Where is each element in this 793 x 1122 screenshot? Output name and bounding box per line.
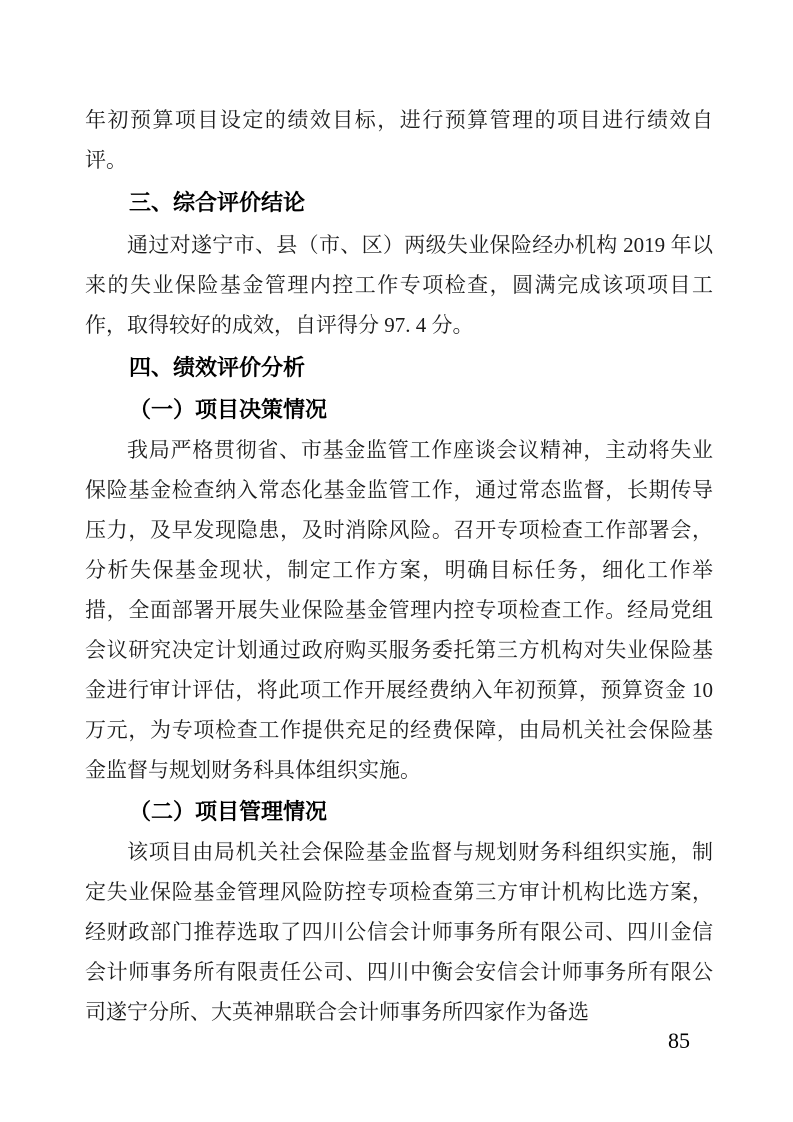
subsection-heading-project-management: （二）项目管理情况	[85, 792, 713, 832]
paragraph-project-decision: 我局严格贯彻省、市基金监管工作座谈会议精神，主动将失业保险基金检查纳入常态化基金…	[85, 430, 713, 790]
page-number: 85	[655, 1028, 703, 1054]
section-heading-overall-evaluation-conclusion: 三、综合评价结论	[85, 183, 713, 223]
section-heading-performance-evaluation-analysis: 四、绩效评价分析	[85, 348, 713, 388]
document-body: 年初预算项目设定的绩效目标，进行预算管理的项目进行绩效自评。 三、综合评价结论 …	[85, 100, 713, 1032]
subsection-heading-project-decision: （一）项目决策情况	[85, 390, 713, 430]
paragraph-project-management: 该项目由局机关社会保险基金监督与规划财务科组织实施，制定失业保险基金管理风险防控…	[85, 832, 713, 1032]
paragraph-continuation-from-previous-page: 年初预算项目设定的绩效目标，进行预算管理的项目进行绩效自评。	[85, 100, 713, 180]
document-page: 年初预算项目设定的绩效目标，进行预算管理的项目进行绩效自评。 三、综合评价结论 …	[0, 0, 793, 1122]
paragraph-overall-evaluation-conclusion: 通过对遂宁市、县（市、区）两级失业保险经办机构 2019 年以来的失业保险基金管…	[85, 225, 713, 345]
